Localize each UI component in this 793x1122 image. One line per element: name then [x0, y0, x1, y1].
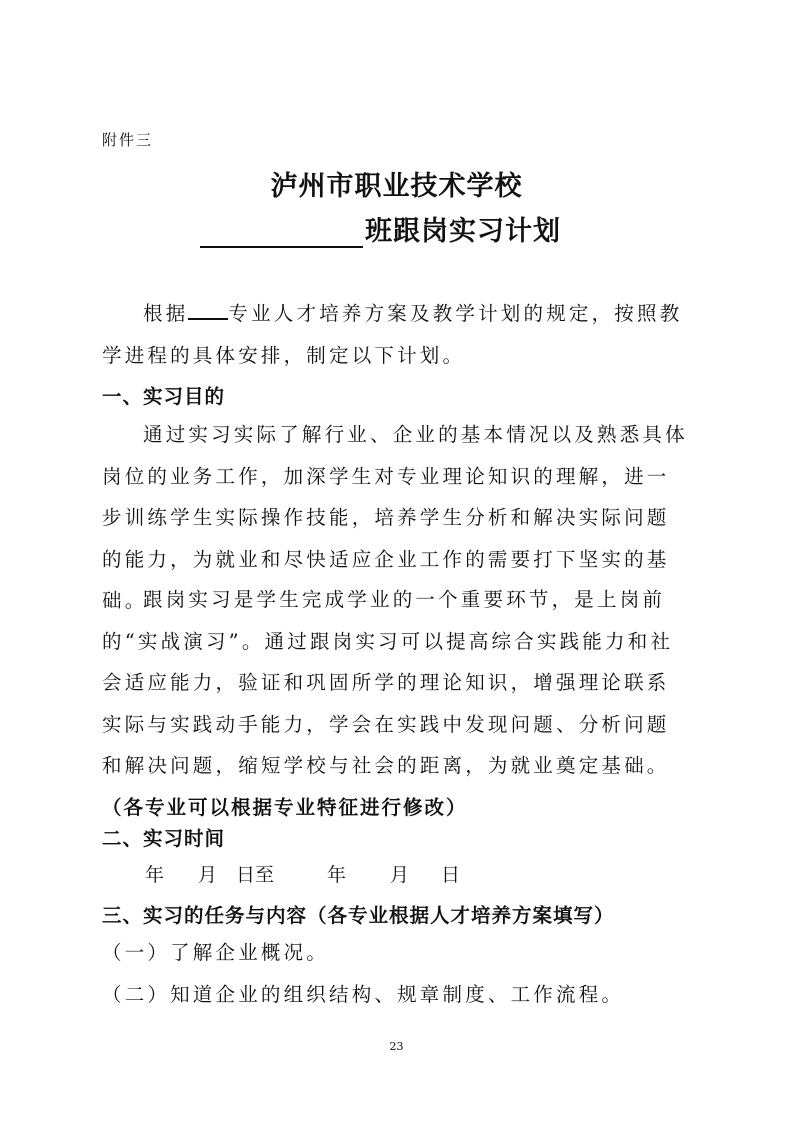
document-page: 附件三 泸州市职业技术学校 班跟岗实习计划 根据专业人才培养方案及教学计划的规定… [0, 0, 793, 1122]
purpose-paragraph-2: 跟岗实习是学生完成学业的一个重要环节，是上岗前的“实战演习”。通过跟岗实习可以提… [102, 579, 692, 828]
section-heading-tasks: 三、实习的任务与内容（各专业根据人才培养方案填写） [102, 900, 615, 928]
title-suffix: 班跟岗实习计划 [365, 209, 561, 248]
section-heading-purpose: 一、实习目的 [102, 381, 225, 409]
attachment-label: 附件三 [102, 129, 153, 150]
major-blank[interactable] [188, 298, 228, 320]
start-month-label: 月 [198, 860, 217, 887]
class-name-blank[interactable] [200, 216, 363, 248]
purpose-text-2: 跟岗实习是学生完成学业的一个重要环节，是上岗前的“实战演习”。通过跟岗实习可以提… [102, 588, 673, 777]
end-year-label: 年 [327, 860, 346, 887]
task-item: （二）知道企业的组织结构、规章制度、工作流程。 [102, 974, 692, 1016]
intro-prefix: 根据 [143, 302, 188, 325]
document-title-plan: 班跟岗实习计划 [200, 209, 561, 248]
page-number: 23 [0, 1040, 793, 1053]
end-day-label: 日 [441, 860, 460, 887]
start-year-label: 年 [145, 860, 164, 887]
task-item: （一）了解企业概况。 [102, 932, 692, 974]
document-title-school: 泸州市职业技术学校 [0, 164, 793, 203]
start-day-label: 日至 [236, 860, 274, 887]
intro-paragraph: 根据专业人才培养方案及教学计划的规定，按照教学进程的具体安排，制定以下计划。 [102, 293, 692, 376]
end-month-label: 月 [390, 860, 409, 887]
section-heading-time: 二、实习时间 [102, 823, 225, 851]
purpose-note: （各专业可以根据专业特征进行修改） [102, 796, 468, 819]
